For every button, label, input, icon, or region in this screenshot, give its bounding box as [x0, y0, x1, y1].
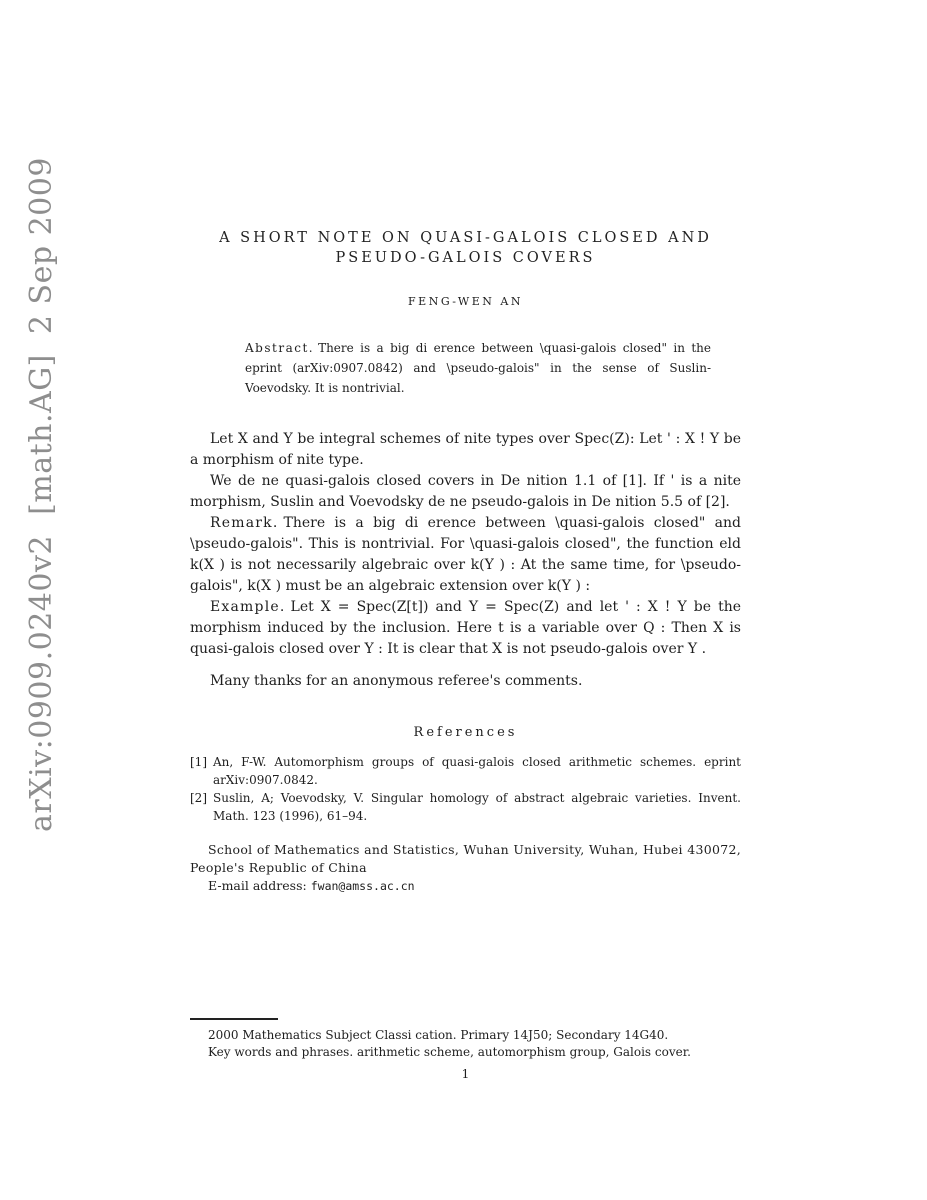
body-paragraph-thanks: Many thanks for an anonymous referee's c… [190, 671, 741, 692]
email-line: E-mail address: fwan@amss.ac.cn [190, 877, 741, 895]
reference-item: [2]Suslin, A; Voevodsky, V. Singular hom… [190, 789, 741, 825]
paragraph-lead: Example. [210, 599, 286, 615]
page-number: 1 [190, 1066, 741, 1083]
footnote-rule [190, 1018, 278, 1020]
abstract-label: Abstract. [245, 341, 314, 355]
reference-marker: [1] [190, 753, 207, 771]
arxiv-watermark: arXiv:0909.0240v2 [math.AG] 2 Sep 2009 [24, 157, 59, 832]
paper-body: Let X and Y be integral schemes of nite … [190, 429, 741, 692]
abstract-text: There is a big di erence between \quasi-… [245, 341, 711, 395]
paper-title: A SHORT NOTE ON QUASI-GALOIS CLOSED AND … [190, 228, 741, 268]
paragraph-lead: Remark. [210, 515, 278, 531]
paper-content: A SHORT NOTE ON QUASI-GALOIS CLOSED AND … [190, 228, 741, 895]
paragraph-text: We de ne quasi-galois closed covers in D… [190, 473, 741, 510]
title-line-1: A SHORT NOTE ON QUASI-GALOIS CLOSED AND [190, 228, 741, 248]
references-heading: References [190, 725, 741, 740]
email-label: E-mail address: [208, 878, 307, 893]
title-line-2: PSEUDO-GALOIS COVERS [190, 248, 741, 268]
reference-item: [1]An, F-W. Automorphism groups of quasi… [190, 753, 741, 789]
email-address: fwan@amss.ac.cn [311, 879, 415, 893]
keywords-line: Key words and phrases. arithmetic scheme… [190, 1044, 741, 1061]
body-paragraph-example: Example.Let X = Spec(Z[t]) and Y = Spec(… [190, 597, 741, 660]
author-name: FENG-WEN AN [190, 295, 741, 308]
reference-text: Suslin, A; Voevodsky, V. Singular homolo… [213, 791, 741, 823]
paper-page: arXiv:0909.0240v2 [math.AG] 2 Sep 2009 A… [0, 0, 927, 1200]
reference-text: An, F-W. Automorphism groups of quasi-ga… [213, 755, 741, 787]
paragraph-text: Many thanks for an anonymous referee's c… [210, 673, 582, 689]
footnote: 2000 Mathematics Subject Classi cation. … [190, 1018, 741, 1083]
body-paragraph-remark: Remark.There is a big di erence between … [190, 513, 741, 597]
references-list: [1]An, F-W. Automorphism groups of quasi… [190, 753, 741, 825]
abstract: Abstract.There is a big di erence betwee… [245, 338, 711, 398]
body-paragraph: We de ne quasi-galois closed covers in D… [190, 471, 741, 513]
author-affiliation: School of Mathematics and Statistics, Wu… [190, 841, 741, 877]
reference-marker: [2] [190, 789, 207, 807]
paragraph-text: Let X and Y be integral schemes of nite … [190, 431, 741, 468]
msc-line: 2000 Mathematics Subject Classi cation. … [190, 1027, 741, 1044]
body-paragraph: Let X and Y be integral schemes of nite … [190, 429, 741, 471]
